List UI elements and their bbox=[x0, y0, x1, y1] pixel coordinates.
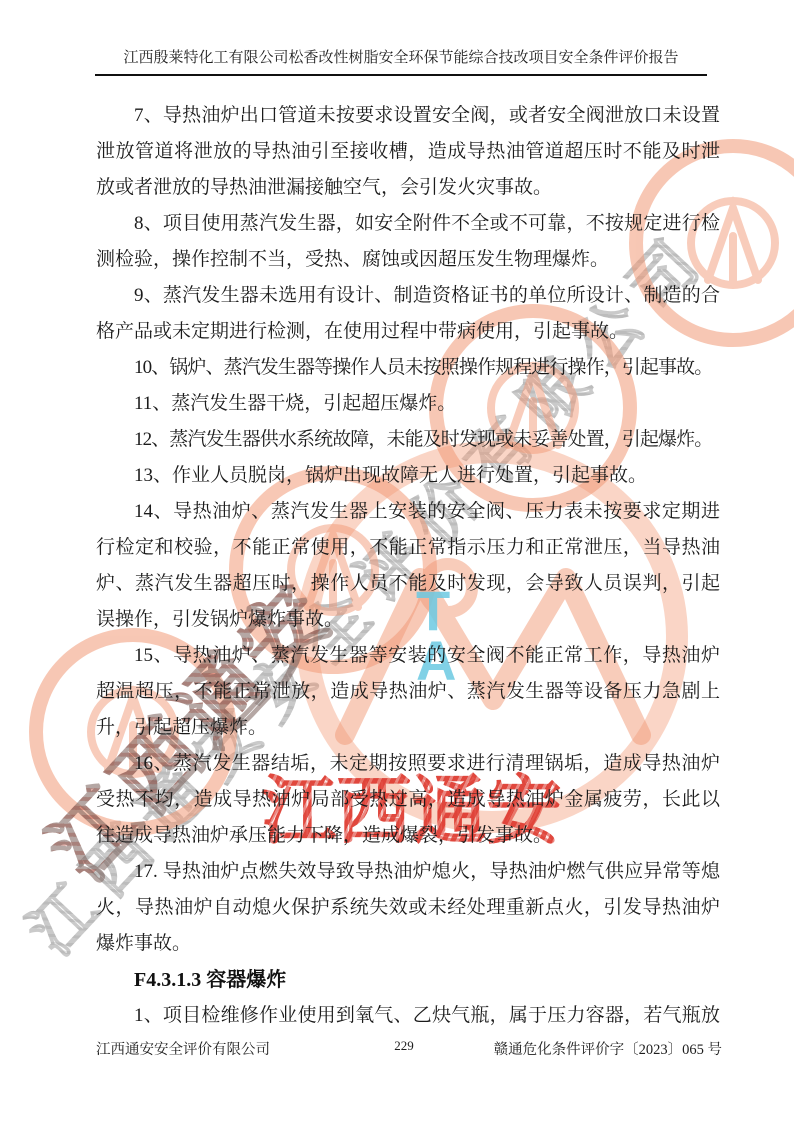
report-title: 江西殷莱特化工有限公司松香改性树脂安全环保节能综合技改项目安全条件评价报告 bbox=[123, 50, 678, 66]
paragraph: 16、蒸汽发生器结垢，未定期按照要求进行清理锅垢，造成导热油炉受热不均，造成导热… bbox=[96, 746, 720, 854]
document-page: 江西通安安全评价有限公司 bbox=[0, 0, 794, 1123]
page-header: 江西殷莱特化工有限公司松香改性树脂安全环保节能综合技改项目安全条件评价报告 bbox=[95, 46, 707, 76]
paragraph-continued: 1、项目检维修作业使用到氧气、乙炔气瓶，属于压力容器，若气瓶放 bbox=[96, 998, 720, 1034]
section-heading: F4.3.1.3 容器爆炸 bbox=[96, 962, 720, 998]
page-body: 7、导热油炉出口管道未按要求设置安全阀，或者安全阀泄放口未设置泄放管道将泄放的导… bbox=[96, 98, 720, 1034]
body-paragraphs: 7、导热油炉出口管道未按要求设置安全阀，或者安全阀泄放口未设置泄放管道将泄放的导… bbox=[96, 98, 720, 962]
paragraph: 17. 导热油炉点燃失效导致导热油炉熄火，导热油炉燃气供应异常等熄火，导热油炉自… bbox=[96, 854, 720, 962]
paragraph: 15、导热油炉、蒸汽发生器等安装的安全阀不能正常工作，导热油炉超温超压，不能正常… bbox=[96, 638, 720, 746]
paragraph: 11、蒸汽发生器干烧，引起超压爆炸。 bbox=[96, 386, 720, 422]
paragraph: 8、项目使用蒸汽发生器，如安全附件不全或不可靠，不按规定进行检测检验，操作控制不… bbox=[96, 206, 720, 278]
paragraph: 7、导热油炉出口管道未按要求设置安全阀，或者安全阀泄放口未设置泄放管道将泄放的导… bbox=[96, 98, 720, 206]
paragraph: 9、蒸汽发生器未选用有设计、制造资格证书的单位所设计、制造的合格产品或未定期进行… bbox=[96, 278, 720, 350]
footer-doc-number: 赣通危化条件评价字〔2023〕065 号 bbox=[494, 1038, 722, 1059]
paragraph: 10、锅炉、蒸汽发生器等操作人员未按照操作规程进行操作，引起事故。 bbox=[96, 350, 720, 386]
page-footer: 江西通安安全评价有限公司 229 赣通危化条件评价字〔2023〕065 号 bbox=[96, 1038, 722, 1060]
paragraph: 14、导热油炉、蒸汽发生器上安装的安全阀、压力表未按要求定期进行检定和校验，不能… bbox=[96, 494, 720, 638]
paragraph: 12、蒸汽发生器供水系统故障，未能及时发现或未妥善处置，引起爆炸。 bbox=[96, 422, 720, 458]
paragraph: 13、作业人员脱岗，锅炉出现故障无人进行处置，引起事故。 bbox=[96, 458, 720, 494]
